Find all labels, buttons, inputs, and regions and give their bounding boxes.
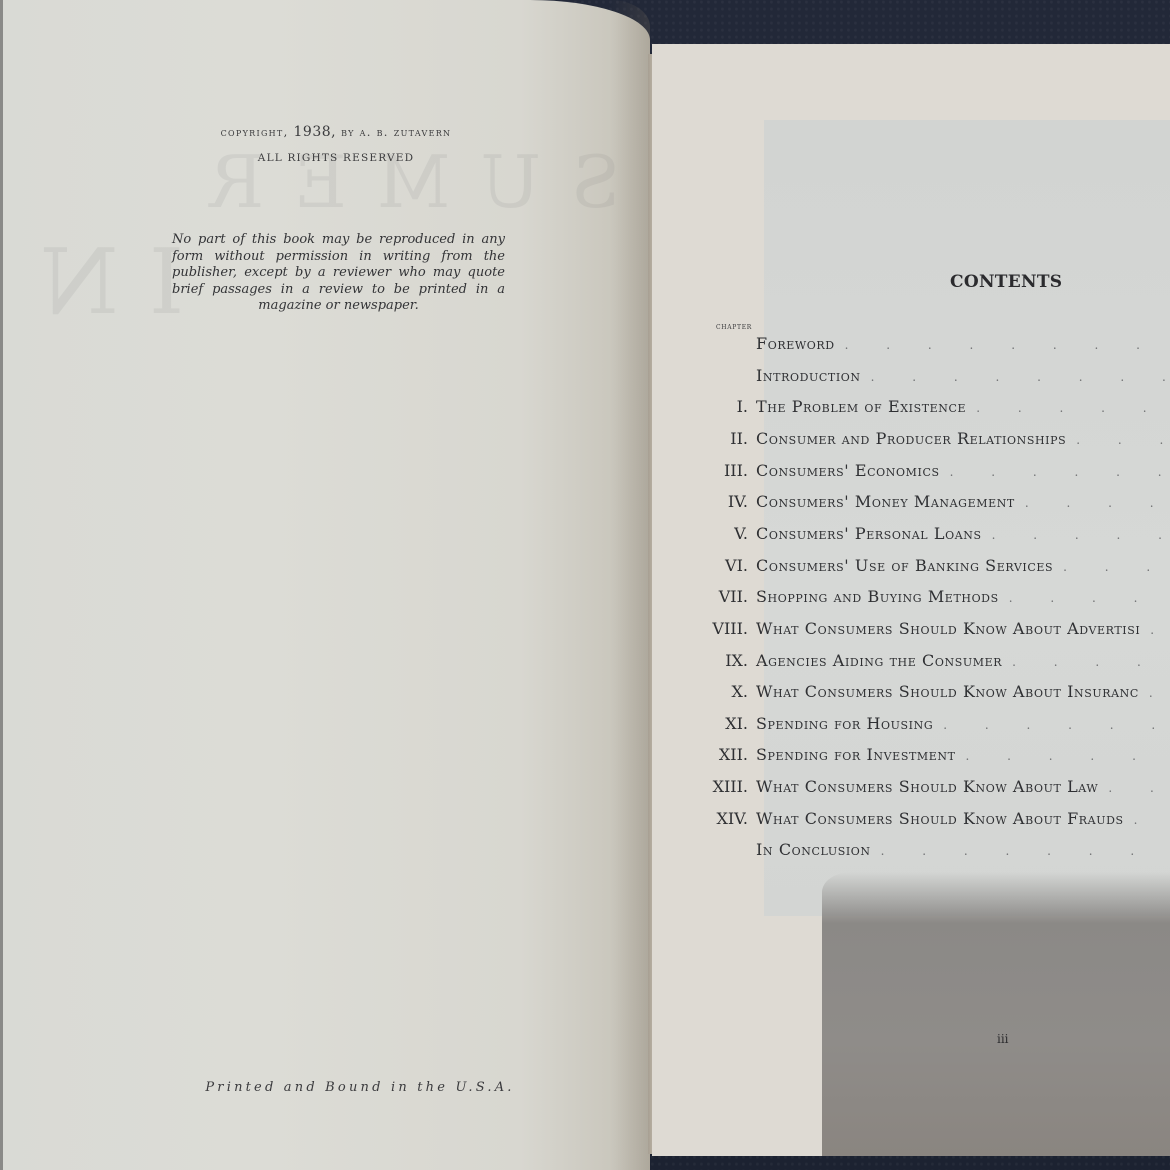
leader-dots: . . . . . . . . . . . . . . . . . . . . … xyxy=(861,370,1170,384)
toc-entry: XI.Spending for Housing. . . . . . . . .… xyxy=(700,714,1170,742)
printed-in-usa: Printed and Bound in the U.S.A. xyxy=(0,1080,720,1095)
leader-dots: . . . . . . . . . . . . . . . . . . . . … xyxy=(966,401,1170,415)
chapter-title: What Consumers Should Know About Adverti… xyxy=(756,619,1140,638)
chapter-title: In Conclusion xyxy=(756,840,871,859)
chapter-title: Agencies Aiding the Consumer xyxy=(756,651,1002,670)
toc-entry: In Conclusion. . . . . . . . . . . . . .… xyxy=(700,840,1170,868)
toc-entry: VI.Consumers' Use of Banking Services. .… xyxy=(700,556,1170,584)
chapter-title: Consumers' Personal Loans xyxy=(756,524,982,543)
toc-entry: V.Consumers' Personal Loans. . . . . . .… xyxy=(700,524,1170,552)
chapter-title: Foreword xyxy=(756,334,835,353)
chapter-number: III. xyxy=(700,461,756,480)
chapter-title: Consumer and Producer Relationships xyxy=(756,429,1066,448)
chapter-title: The Problem of Existence xyxy=(756,397,966,416)
copyright-author: by a. b. zutavern xyxy=(341,125,451,139)
leader-dots: . . . . . . . . . . . . . . . . . . . . … xyxy=(940,465,1170,479)
toc-entry: XIII.What Consumers Should Know About La… xyxy=(700,777,1170,805)
chapter-title: Spending for Investment xyxy=(756,745,956,764)
left-page-copyright: CONSUMER IN copyright, 1938, by a. b. zu… xyxy=(0,0,650,1170)
toc-entry: IX.Agencies Aiding the Consumer. . . . .… xyxy=(700,651,1170,679)
contents-heading: CONTENTS xyxy=(950,272,1062,292)
toc-entry: IV.Consumers' Money Management. . . . . … xyxy=(700,492,1170,520)
show-through-text: IN xyxy=(10,230,184,335)
chapter-number: VII. xyxy=(700,587,756,606)
chapter-title: Spending for Housing xyxy=(756,714,933,733)
toc-entry: Foreword. . . . . . . . . . . . . . . . … xyxy=(700,334,1170,362)
chapter-title: What Consumers Should Know About Law xyxy=(756,777,1098,796)
chapter-number: XII. xyxy=(700,745,756,764)
chapter-title: What Consumers Should Know About Insuran… xyxy=(756,682,1139,701)
shadow-overlay xyxy=(822,872,1170,1156)
toc-entry: II.Consumer and Producer Relationships. … xyxy=(700,429,1170,457)
toc-entry: XIV.What Consumers Should Know About Fra… xyxy=(700,809,1170,837)
leader-dots: . . . . . . . . . . . . . . . . . . . . … xyxy=(956,749,1170,763)
chapter-number: XIV. xyxy=(700,809,756,828)
chapter-number: I. xyxy=(700,397,756,416)
leader-dots: . . . . . . . . . . . . . . . . . . . . … xyxy=(1053,560,1170,574)
leader-dots: . . . . . . . . . . . . . . . . . . . . … xyxy=(1098,781,1170,795)
chapter-number: V. xyxy=(700,524,756,543)
chapter-label: CHAPTER xyxy=(716,322,752,332)
leader-dots: . . . . . . . . . . . . . . . . . . . . … xyxy=(1124,813,1170,827)
toc-entry: VIII.What Consumers Should Know About Ad… xyxy=(700,619,1170,647)
leader-dots: . . . . . . . . . . . . . . . . . . . . … xyxy=(1002,655,1170,669)
chapter-number: VIII. xyxy=(700,619,756,638)
leader-dots: . . . . . . . . . . . . . . . . . . . . … xyxy=(982,528,1170,542)
toc-entry: X.What Consumers Should Know About Insur… xyxy=(700,682,1170,710)
copyright-year: 1938, xyxy=(294,124,337,140)
toc-entry: VII.Shopping and Buying Methods. . . . .… xyxy=(700,587,1170,615)
chapter-title: Consumers' Use of Banking Services xyxy=(756,556,1053,575)
chapter-number: VI. xyxy=(700,556,756,575)
toc-entry: Introduction. . . . . . . . . . . . . . … xyxy=(700,366,1170,394)
chapter-number: IV. xyxy=(700,492,756,511)
leader-dots: . . . . . . . . . . . . . . . . . . . . … xyxy=(1066,433,1170,447)
chapter-number: IX. xyxy=(700,651,756,670)
leader-dots: . . . . . . . . . . . . . . . . . . . . … xyxy=(1015,496,1170,510)
reproduction-notice: No part of this book may be reproduced i… xyxy=(172,232,505,315)
toc-entry: III.Consumers' Economics. . . . . . . . … xyxy=(700,461,1170,489)
leader-dots: . . . . . . . . . . . . . . . . . . . . … xyxy=(999,591,1170,605)
chapter-number: XI. xyxy=(700,714,756,733)
chapter-number: X. xyxy=(700,682,756,701)
leader-dots: . . . . . . . . . . . . . . . . . . . . … xyxy=(1139,686,1170,700)
leader-dots: . . . . . . . . . . . . . . . . . . . . … xyxy=(835,338,1170,352)
leader-dots: . . . . . . . . . . . . . . . . . . . . … xyxy=(933,718,1170,732)
toc-entry: XII.Spending for Investment. . . . . . .… xyxy=(700,745,1170,773)
rights-reserved: ALL RIGHTS RESERVED xyxy=(0,152,672,164)
toc-entry: I.The Problem of Existence. . . . . . . … xyxy=(700,397,1170,425)
leader-dots: . . . . . . . . . . . . . . . . . . . . … xyxy=(1140,623,1170,637)
chapter-title: Consumers' Economics xyxy=(756,461,940,480)
chapter-number: XIII. xyxy=(700,777,756,796)
copyright-prefix: copyright, xyxy=(221,125,289,139)
copyright-line: copyright, 1938, by a. b. zutavern xyxy=(0,124,672,140)
chapter-number: II. xyxy=(700,429,756,448)
chapter-title: Shopping and Buying Methods xyxy=(756,587,999,606)
chapter-title: Introduction xyxy=(756,366,861,385)
chapter-title: Consumers' Money Management xyxy=(756,492,1015,511)
chapter-title: What Consumers Should Know About Frauds xyxy=(756,809,1124,828)
page-number: iii xyxy=(997,1032,1009,1046)
leader-dots: . . . . . . . . . . . . . . . . . . . . … xyxy=(871,844,1170,858)
